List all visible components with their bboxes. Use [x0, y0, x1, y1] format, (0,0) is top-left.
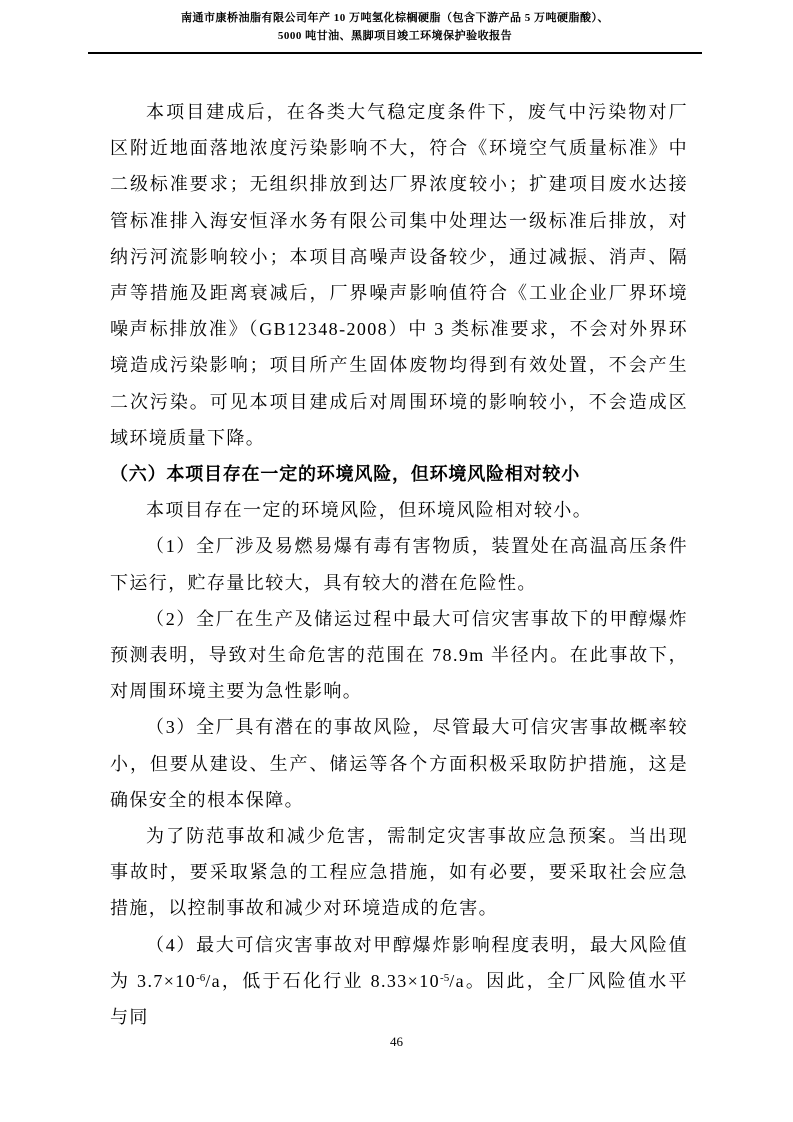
paragraph-risk-item-2: （2）全厂在生产及储运过程中最大可信灾害事故下的甲醇爆炸预测表明，导致对生命危害… — [110, 601, 688, 710]
section-heading-6: （六）本项目存在一定的环境风险，但环境风险相对较小 — [110, 456, 688, 492]
paragraph-emergency-plan: 为了防范事故和减少危害，需制定灾害事故应急预案。当出现事故时，要采取紧急的工程应… — [110, 818, 688, 927]
page-footer: 46 — [0, 1034, 793, 1050]
document-body: 本项目建成后，在各类大气稳定度条件下，废气中污染物对厂区附近地面落地浓度污染影响… — [110, 94, 688, 1035]
paragraph-risk-item-3: （3）全厂具有潜在的事故风险，尽管最大可信灾害事故概率较小，但要从建设、生产、储… — [110, 709, 688, 818]
paragraph-risk-item-1: （1）全厂涉及易燃易爆有毒有害物质，装置处在高温高压条件下运行，贮存量比较大，具… — [110, 528, 688, 600]
page-header: 南通市康桥油脂有限公司年产 10 万吨氢化棕榈硬脂（包含下游产品 5 万吨硬脂酸… — [88, 0, 702, 54]
paragraph-risk-item-4: （4）最大可信灾害事故对甲醇爆炸影响程度表明，最大风险值为 3.7×10-6/a… — [110, 927, 688, 1036]
item4-superscript-2: -5 — [440, 972, 449, 984]
header-line-1: 南通市康桥油脂有限公司年产 10 万吨氢化棕榈硬脂（包含下游产品 5 万吨硬脂酸… — [88, 9, 702, 27]
document-page: 南通市康桥油脂有限公司年产 10 万吨氢化棕榈硬脂（包含下游产品 5 万吨硬脂酸… — [0, 0, 793, 1122]
paragraph-environmental-impact: 本项目建成后，在各类大气稳定度条件下，废气中污染物对厂区附近地面落地浓度污染影响… — [110, 94, 688, 456]
item4-superscript-1: -6 — [196, 972, 205, 984]
item4-text-2: /a，低于石化行业 8.33×10 — [205, 971, 440, 991]
header-line-2: 5000 吨甘油、黑脚项目竣工环境保护验收报告 — [88, 27, 702, 45]
paragraph-risk-summary: 本项目存在一定的环境风险，但环境风险相对较小。 — [110, 492, 688, 528]
page-number: 46 — [390, 1034, 403, 1049]
